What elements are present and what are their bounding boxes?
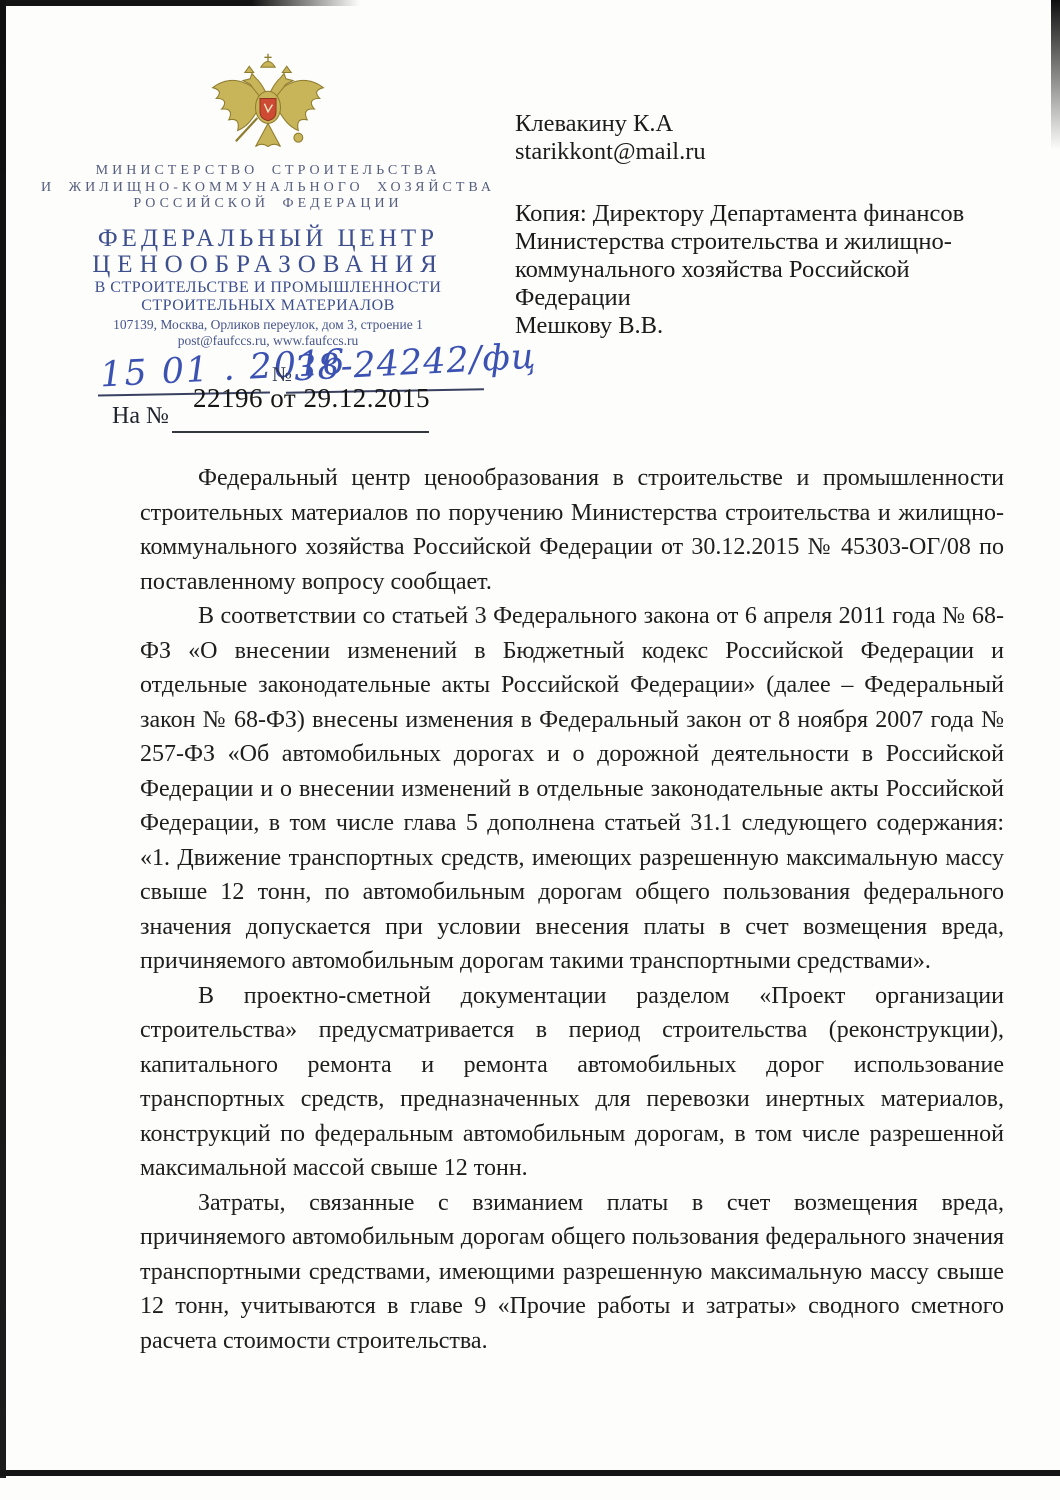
incoming-reference-number: 22196 от 29.12.2015 [193, 383, 430, 414]
address-line: 107139, Москва, Орликов переулок, дом 3,… [38, 317, 498, 333]
body-paragraph: Затраты, связанные с взиманием платы в с… [140, 1186, 1004, 1359]
copy-recipient-line: Федерации [515, 284, 985, 312]
russia-coat-of-arms-icon [205, 52, 331, 168]
ministry-name: МИНИСТЕРСТВО СТРОИТЕЛЬСТВА И ЖИЛИЩНО-КОМ… [38, 163, 498, 213]
body-paragraph: Федеральный центр ценообразования в стро… [140, 461, 1004, 599]
org-sub-line: СТРОИТЕЛЬНЫХ МАТЕРИАЛОВ [38, 297, 498, 315]
scan-edge-left [0, 0, 6, 1478]
org-name-line: ЦЕНООБРАЗОВАНИЯ [38, 252, 498, 278]
scan-edge-bottom [0, 1470, 1060, 1476]
recipient-email: starikkont@mail.ru [515, 138, 985, 166]
org-sub-line: В СТРОИТЕЛЬСТВЕ И ПРОМЫШЛЕННОСТИ [38, 279, 498, 297]
ministry-line: МИНИСТЕРСТВО СТРОИТЕЛЬСТВА [38, 163, 498, 180]
reply-to-label: На № [112, 403, 169, 430]
scan-edge-top [0, 0, 360, 6]
letter-body: Федеральный центр ценообразования в стро… [140, 461, 1004, 1358]
copy-recipient-name: Мешкову В.В. [515, 312, 985, 340]
ministry-line: РОССИЙСКОЙ ФЕДЕРАЦИИ [38, 196, 498, 213]
copy-recipient-line: Министерства строительства и жилищно- [515, 228, 985, 256]
ministry-line: И ЖИЛИЩНО-КОММУНАЛЬНОГО ХОЗЯЙСТВА [38, 180, 498, 197]
organization-subtitle: В СТРОИТЕЛЬСТВЕ И ПРОМЫШЛЕННОСТИ СТРОИТЕ… [38, 279, 498, 314]
copy-recipient-line: Копия: Директору Департамента финансов [515, 200, 985, 228]
body-paragraph: В проектно-сметной документации разделом… [140, 979, 1004, 1186]
copy-recipient-line: коммунального хозяйства Российской [515, 256, 985, 284]
scan-edge-right [1051, 0, 1060, 150]
organization-name: ФЕДЕРАЛЬНЫЙ ЦЕНТР ЦЕНООБРАЗОВАНИЯ [38, 226, 498, 278]
scanned-letter-page: МИНИСТЕРСТВО СТРОИТЕЛЬСТВА И ЖИЛИЩНО-КОМ… [0, 0, 1060, 1500]
body-paragraph: В соответствии со статьей 3 Федерального… [140, 599, 1004, 979]
org-name-line: ФЕДЕРАЛЬНЫЙ ЦЕНТР [38, 226, 498, 252]
recipient-name: Клевакину К.А [515, 110, 985, 138]
recipient-block: Клевакину К.А starikkont@mail.ru Копия: … [515, 110, 985, 340]
reply-to-underline [172, 431, 429, 433]
